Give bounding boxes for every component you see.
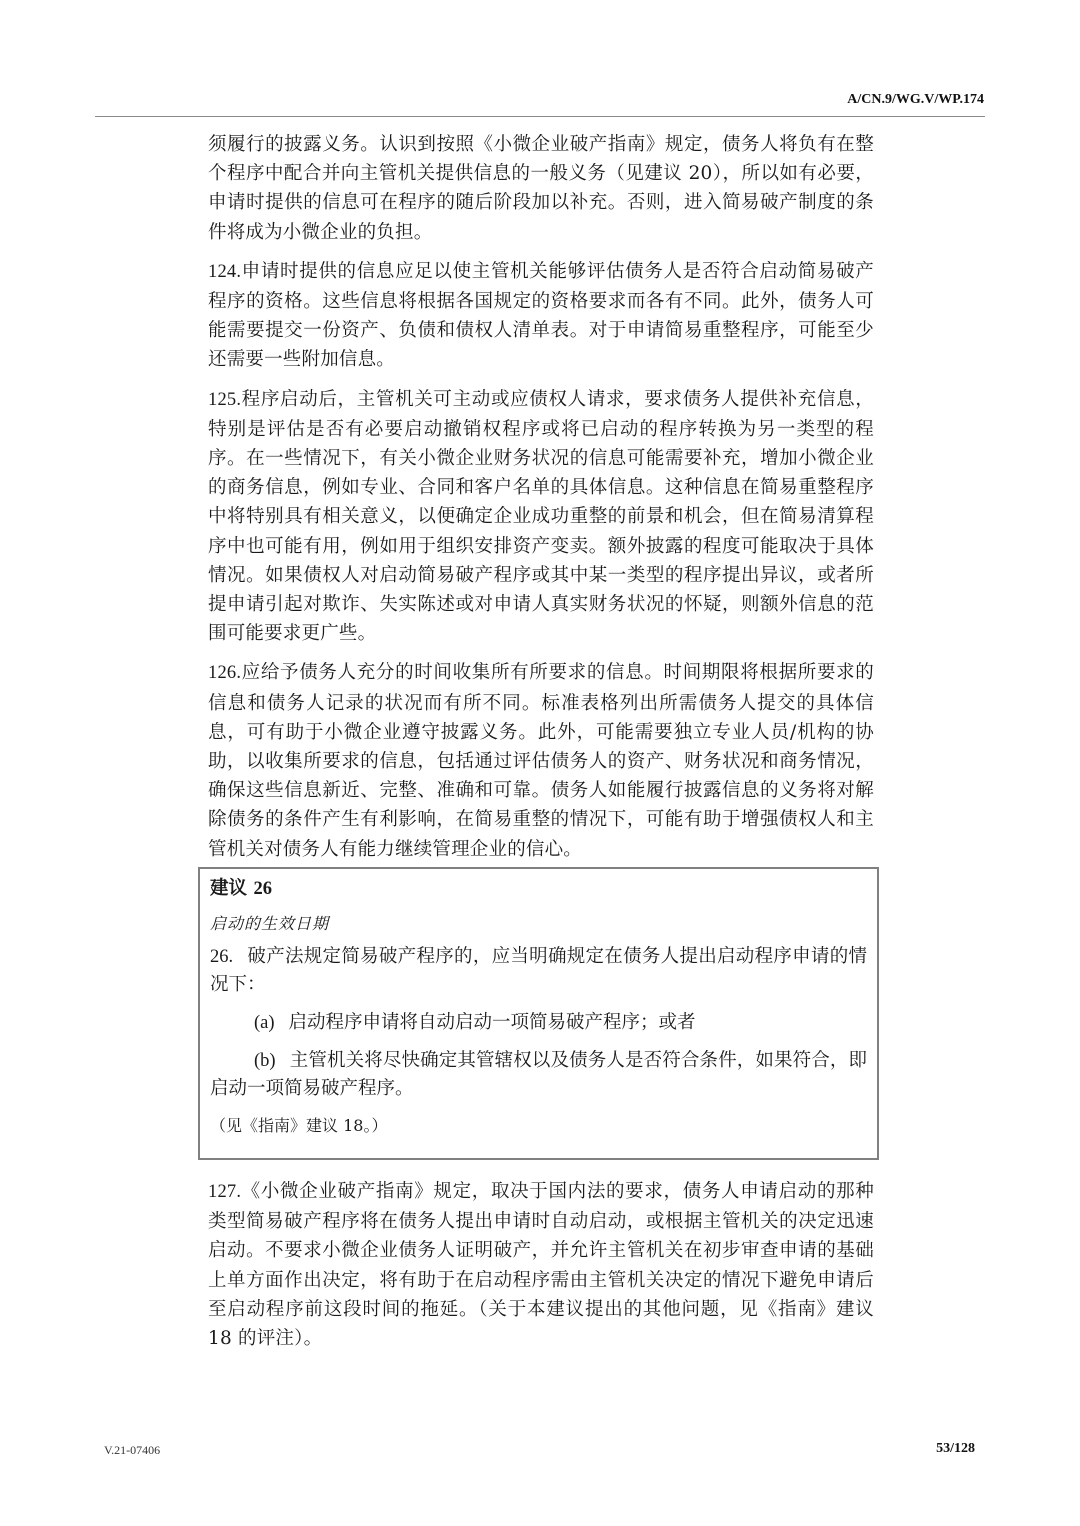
paragraph-127: 127.《小微企业破产指南》规定，取决于国内法的要求，债务人申请启动的那种类型简… [208,1177,874,1353]
recommendation-title: 建议 26 [210,875,867,903]
item-text: 主管机关将尽快确定其管辖权以及债务人是否符合条件，如果符合，即启动一项简易破产程… [210,1050,867,1099]
item-label: (a) [254,1013,275,1033]
paragraph-number: 124. [208,262,241,282]
body-text-top: 须履行的披露义务。认识到按照《小微企业破产指南》规定，债务人将负有在整个程序中配… [208,130,874,874]
recommendation-title-prefix: 建议 [210,878,247,899]
paragraph-125: 125.程序启动后，主管机关可主动或应债权人请求，要求债务人提供补充信息，特别是… [208,385,874,649]
paragraph-124: 124.申请时提供的信息应足以使主管机关能够评估债务人是否符合启动简易破产程序的… [208,257,874,375]
recommendation-intro-text: 破产法规定简易破产程序的，应当明确规定在债务人提出启动程序申请的情况下： [210,946,867,995]
job-number: V.21-07406 [104,1443,160,1458]
item-text: 启动程序申请将自动启动一项简易破产程序；或者 [289,1012,696,1033]
recommendation-item-b: (b)主管机关将尽快确定其管辖权以及债务人是否符合条件，如果符合，即启动一项简易… [210,1047,867,1103]
recommendation-number: 26. [210,947,233,967]
recommendation-title-number: 26 [253,879,272,899]
paragraph-text: 申请时提供的信息应足以使主管机关能够评估债务人是否符合启动简易破产程序的资格。这… [208,261,874,371]
paragraph-text: 《小微企业破产指南》规定，取决于国内法的要求，债务人申请启动的那种类型简易破产程… [208,1181,874,1349]
body-text-bottom: 127.《小微企业破产指南》规定，取决于国内法的要求，债务人申请启动的那种类型简… [208,1177,874,1363]
paragraph-number: 125. [208,390,241,410]
paragraph-text: 程序启动后，主管机关可主动或应债权人请求，要求债务人提供补充信息，特别是评估是否… [208,389,874,645]
header-divider [95,116,985,117]
recommendation-intro: 26.破产法规定简易破产程序的，应当明确规定在债务人提出启动程序申请的情况下： [210,943,867,999]
document-symbol: A/CN.9/WG.V/WP.174 [847,92,984,108]
paragraph-number: 127. [208,1182,241,1202]
page-number: 53/128 [936,1441,975,1457]
paragraph-126: 126.应给予债务人充分的时间收集所有所要求的信息。时间期限将根据所要求的信息和… [208,658,874,863]
paragraph-text: 须履行的披露义务。认识到按照《小微企业破产指南》规定，债务人将负有在整个程序中配… [208,134,874,243]
item-label: (b) [254,1051,276,1071]
paragraph-continued: 须履行的披露义务。认识到按照《小微企业破产指南》规定，债务人将负有在整个程序中配… [208,130,874,247]
recommendation-item-a: (a)启动程序申请将自动启动一项简易破产程序；或者 [210,1009,867,1037]
recommendation-box: 建议 26 启动的生效日期 26.破产法规定简易破产程序的，应当明确规定在债务人… [198,867,879,1160]
recommendation-reference: （见《指南》建议 18。） [210,1113,867,1139]
paragraph-number: 126. [208,663,241,683]
recommendation-subtitle: 启动的生效日期 [210,911,867,937]
paragraph-text: 应给予债务人充分的时间收集所有所要求的信息。时间期限将根据所要求的信息和债务人记… [208,662,874,859]
